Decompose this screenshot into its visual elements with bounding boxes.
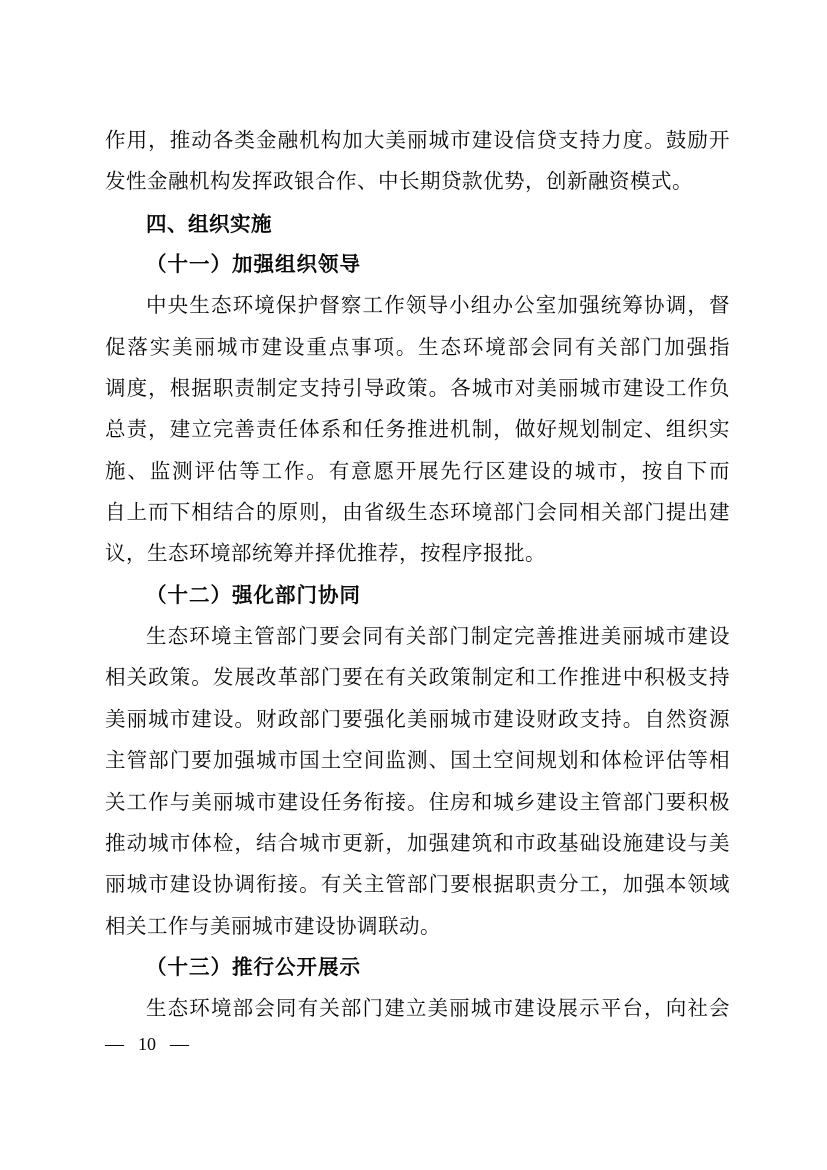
text-line: 主管部门要加强城市国土空间监测、国土空间规划和体检评估等相 bbox=[105, 741, 730, 782]
text-line: 生态环境部会同有关部门建立美丽城市建设展示平台，向社会 bbox=[105, 989, 730, 1030]
document-page: 作用，推动各类金融机构加大美丽城市建设信贷支持力度。鼓励开 发性金融机构发挥政银… bbox=[0, 0, 827, 1170]
text-line: 作用，推动各类金融机构加大美丽城市建设信贷支持力度。鼓励开 bbox=[105, 121, 730, 162]
text-line: 美丽城市建设。财政部门要强化美丽城市建设财政支持。自然资源 bbox=[105, 700, 730, 741]
page-number: 10 bbox=[138, 1030, 156, 1058]
text-line: 关工作与美丽城市建设任务衔接。住房和城乡建设主管部门要积极 bbox=[105, 783, 730, 824]
text-line: 施、监测评估等工作。有意愿开展先行区建设的城市，按自下而上、 bbox=[105, 452, 730, 493]
footer-dash-right: — bbox=[170, 1031, 189, 1059]
text-line: 议，生态环境部统筹并择优推荐，按程序报批。 bbox=[105, 534, 730, 575]
text-line: 自上而下相结合的原则，由省级生态环境部门会同相关部门提出建 bbox=[105, 493, 730, 534]
text-line: 推动城市体检，结合城市更新，加强建筑和市政基础设施建设与美 bbox=[105, 824, 730, 865]
text-line: 丽城市建设协调衔接。有关主管部门要根据职责分工，加强本领域 bbox=[105, 865, 730, 906]
footer-dash-left: — bbox=[105, 1031, 124, 1059]
text-line: 生态环境主管部门要会同有关部门制定完善推进美丽城市建设 bbox=[105, 617, 730, 658]
text-line: 调度，根据职责制定支持引导政策。各城市对美丽城市建设工作负 bbox=[105, 369, 730, 410]
text-line: 相关工作与美丽城市建设协调联动。 bbox=[105, 907, 730, 948]
section-heading: 四、组织实施 bbox=[105, 204, 730, 245]
text-line: 中央生态环境保护督察工作领导小组办公室加强统筹协调，督 bbox=[105, 286, 730, 327]
subsection-heading: （十一）加强组织领导 bbox=[105, 245, 730, 286]
page-footer: —10— bbox=[105, 1030, 189, 1058]
text-line: 总责，建立完善责任体系和任务推进机制，做好规划制定、组织实 bbox=[105, 410, 730, 451]
subsection-heading: （十三）推行公开展示 bbox=[105, 948, 730, 989]
text-line: 发性金融机构发挥政银合作、中长期贷款优势，创新融资模式。 bbox=[105, 162, 730, 203]
text-line: 相关政策。发展改革部门要在有关政策制定和工作推进中积极支持 bbox=[105, 658, 730, 699]
subsection-heading: （十二）强化部门协同 bbox=[105, 576, 730, 617]
document-body: 作用，推动各类金融机构加大美丽城市建设信贷支持力度。鼓励开 发性金融机构发挥政银… bbox=[105, 121, 730, 1031]
text-line: 促落实美丽城市建设重点事项。生态环境部会同有关部门加强指导、 bbox=[105, 328, 730, 369]
